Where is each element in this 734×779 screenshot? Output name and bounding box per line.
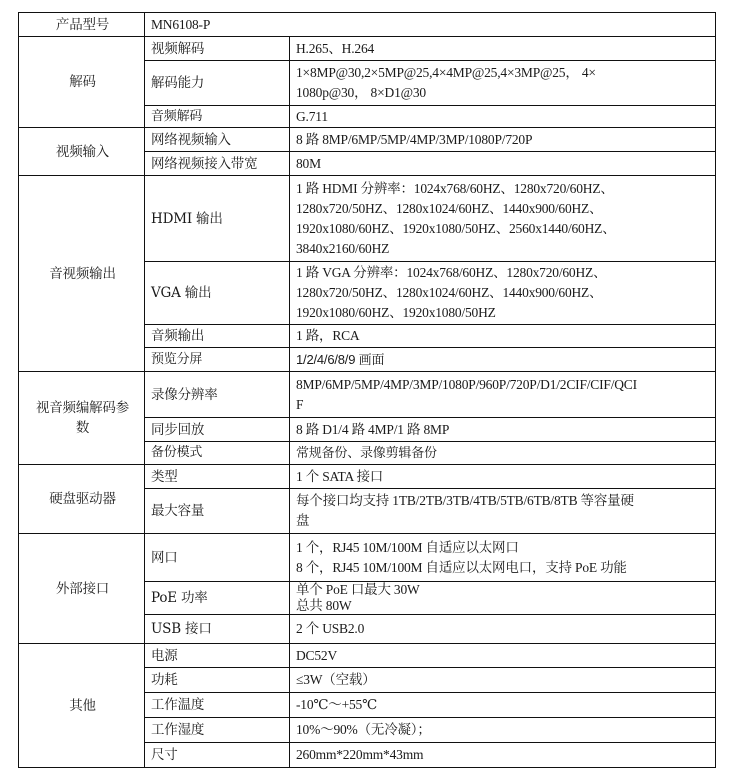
- row-label: 视频解码: [145, 37, 290, 61]
- spec-table: 产品型号 MN6108-P 解码 视频解码 H.265、H.264 解码能力 1…: [18, 12, 716, 768]
- row-label: PoE 功率: [145, 582, 290, 615]
- row-value: DC52V: [290, 644, 716, 668]
- row-label: 预览分屏: [145, 348, 290, 372]
- row-label: VGA 输出: [145, 262, 290, 325]
- row-label: HDMI 输出: [145, 176, 290, 262]
- row-value: 1 路 VGA 分辨率：1024x768/60HZ、1280x720/60HZ、…: [290, 262, 716, 325]
- row-label: 最大容量: [145, 489, 290, 534]
- row-label: 同步回放: [145, 418, 290, 442]
- row-value: 常规备份、录像剪辑备份: [290, 442, 716, 465]
- row-value: 1 个 SATA 接口: [290, 465, 716, 489]
- row-label: USB 接口: [145, 615, 290, 644]
- row-label: 音频解码: [145, 106, 290, 128]
- row-label: 录像分辨率: [145, 372, 290, 418]
- model-label: 产品型号: [19, 13, 145, 37]
- row-label: 尺寸: [145, 743, 290, 768]
- row-value: 8 路 8MP/6MP/5MP/4MP/3MP/1080P/720P: [290, 128, 716, 152]
- category-hdd: 硬盘驱动器: [19, 465, 145, 534]
- category-external-interfaces: 外部接口: [19, 534, 145, 644]
- category-av-output: 音视频输出: [19, 176, 145, 372]
- row-label: 音频输出: [145, 325, 290, 348]
- table-row: 其他 电源 DC52V: [19, 644, 716, 668]
- row-label: 网络视频输入: [145, 128, 290, 152]
- table-row: 音视频输出 HDMI 输出 1 路 HDMI 分辨率：1024x768/60HZ…: [19, 176, 716, 262]
- table-row: 外部接口 网口 1 个，RJ45 10M/100M 自适应以太网口8 个，RJ4…: [19, 534, 716, 582]
- row-value: 1 路 HDMI 分辨率：1024x768/60HZ、1280x720/60HZ…: [290, 176, 716, 262]
- row-value: 1 路，RCA: [290, 325, 716, 348]
- row-value: 10%～90%（无冷凝）；: [290, 718, 716, 743]
- category-codec-params: 视音频编解码参数: [19, 372, 145, 465]
- row-value: 80M: [290, 152, 716, 176]
- table-row-model: 产品型号 MN6108-P: [19, 13, 716, 37]
- row-value: 每个接口均支持 1TB/2TB/3TB/4TB/5TB/6TB/8TB 等容量硬…: [290, 489, 716, 534]
- row-value: -10℃～+55℃: [290, 693, 716, 718]
- row-value: 1/2/4/6/8/9 画面: [290, 348, 716, 372]
- model-value: MN6108-P: [145, 13, 716, 37]
- row-value: 8MP/6MP/5MP/4MP/3MP/1080P/960P/720P/D1/2…: [290, 372, 716, 418]
- row-label: 解码能力: [145, 61, 290, 106]
- row-label: 工作湿度: [145, 718, 290, 743]
- row-value: G.711: [290, 106, 716, 128]
- table-row: 硬盘驱动器 类型 1 个 SATA 接口: [19, 465, 716, 489]
- row-label: 网口: [145, 534, 290, 582]
- category-decode: 解码: [19, 37, 145, 128]
- row-value: 8 路 D1/4 路 4MP/1 路 8MP: [290, 418, 716, 442]
- row-value: 单个 PoE 口最大 30W总共 80W: [290, 582, 716, 615]
- row-label: 工作温度: [145, 693, 290, 718]
- row-value: 1 个，RJ45 10M/100M 自适应以太网口8 个，RJ45 10M/10…: [290, 534, 716, 582]
- row-label: 备份模式: [145, 442, 290, 465]
- row-label: 功耗: [145, 668, 290, 693]
- category-video-input: 视频输入: [19, 128, 145, 176]
- category-other: 其他: [19, 644, 145, 768]
- table-row: 解码 视频解码 H.265、H.264: [19, 37, 716, 61]
- row-value: 1×8MP@30,2×5MP@25,4×4MP@25,4×3MP@25， 4×1…: [290, 61, 716, 106]
- table-row: 视音频编解码参数 录像分辨率 8MP/6MP/5MP/4MP/3MP/1080P…: [19, 372, 716, 418]
- row-label: 网络视频接入带宽: [145, 152, 290, 176]
- row-value: H.265、H.264: [290, 37, 716, 61]
- row-label: 电源: [145, 644, 290, 668]
- row-value: ≤3W（空载）: [290, 668, 716, 693]
- table-row: 视频输入 网络视频输入 8 路 8MP/6MP/5MP/4MP/3MP/1080…: [19, 128, 716, 152]
- row-value: 2 个 USB2.0: [290, 615, 716, 644]
- row-value: 260mm*220mm*43mm: [290, 743, 716, 768]
- row-label: 类型: [145, 465, 290, 489]
